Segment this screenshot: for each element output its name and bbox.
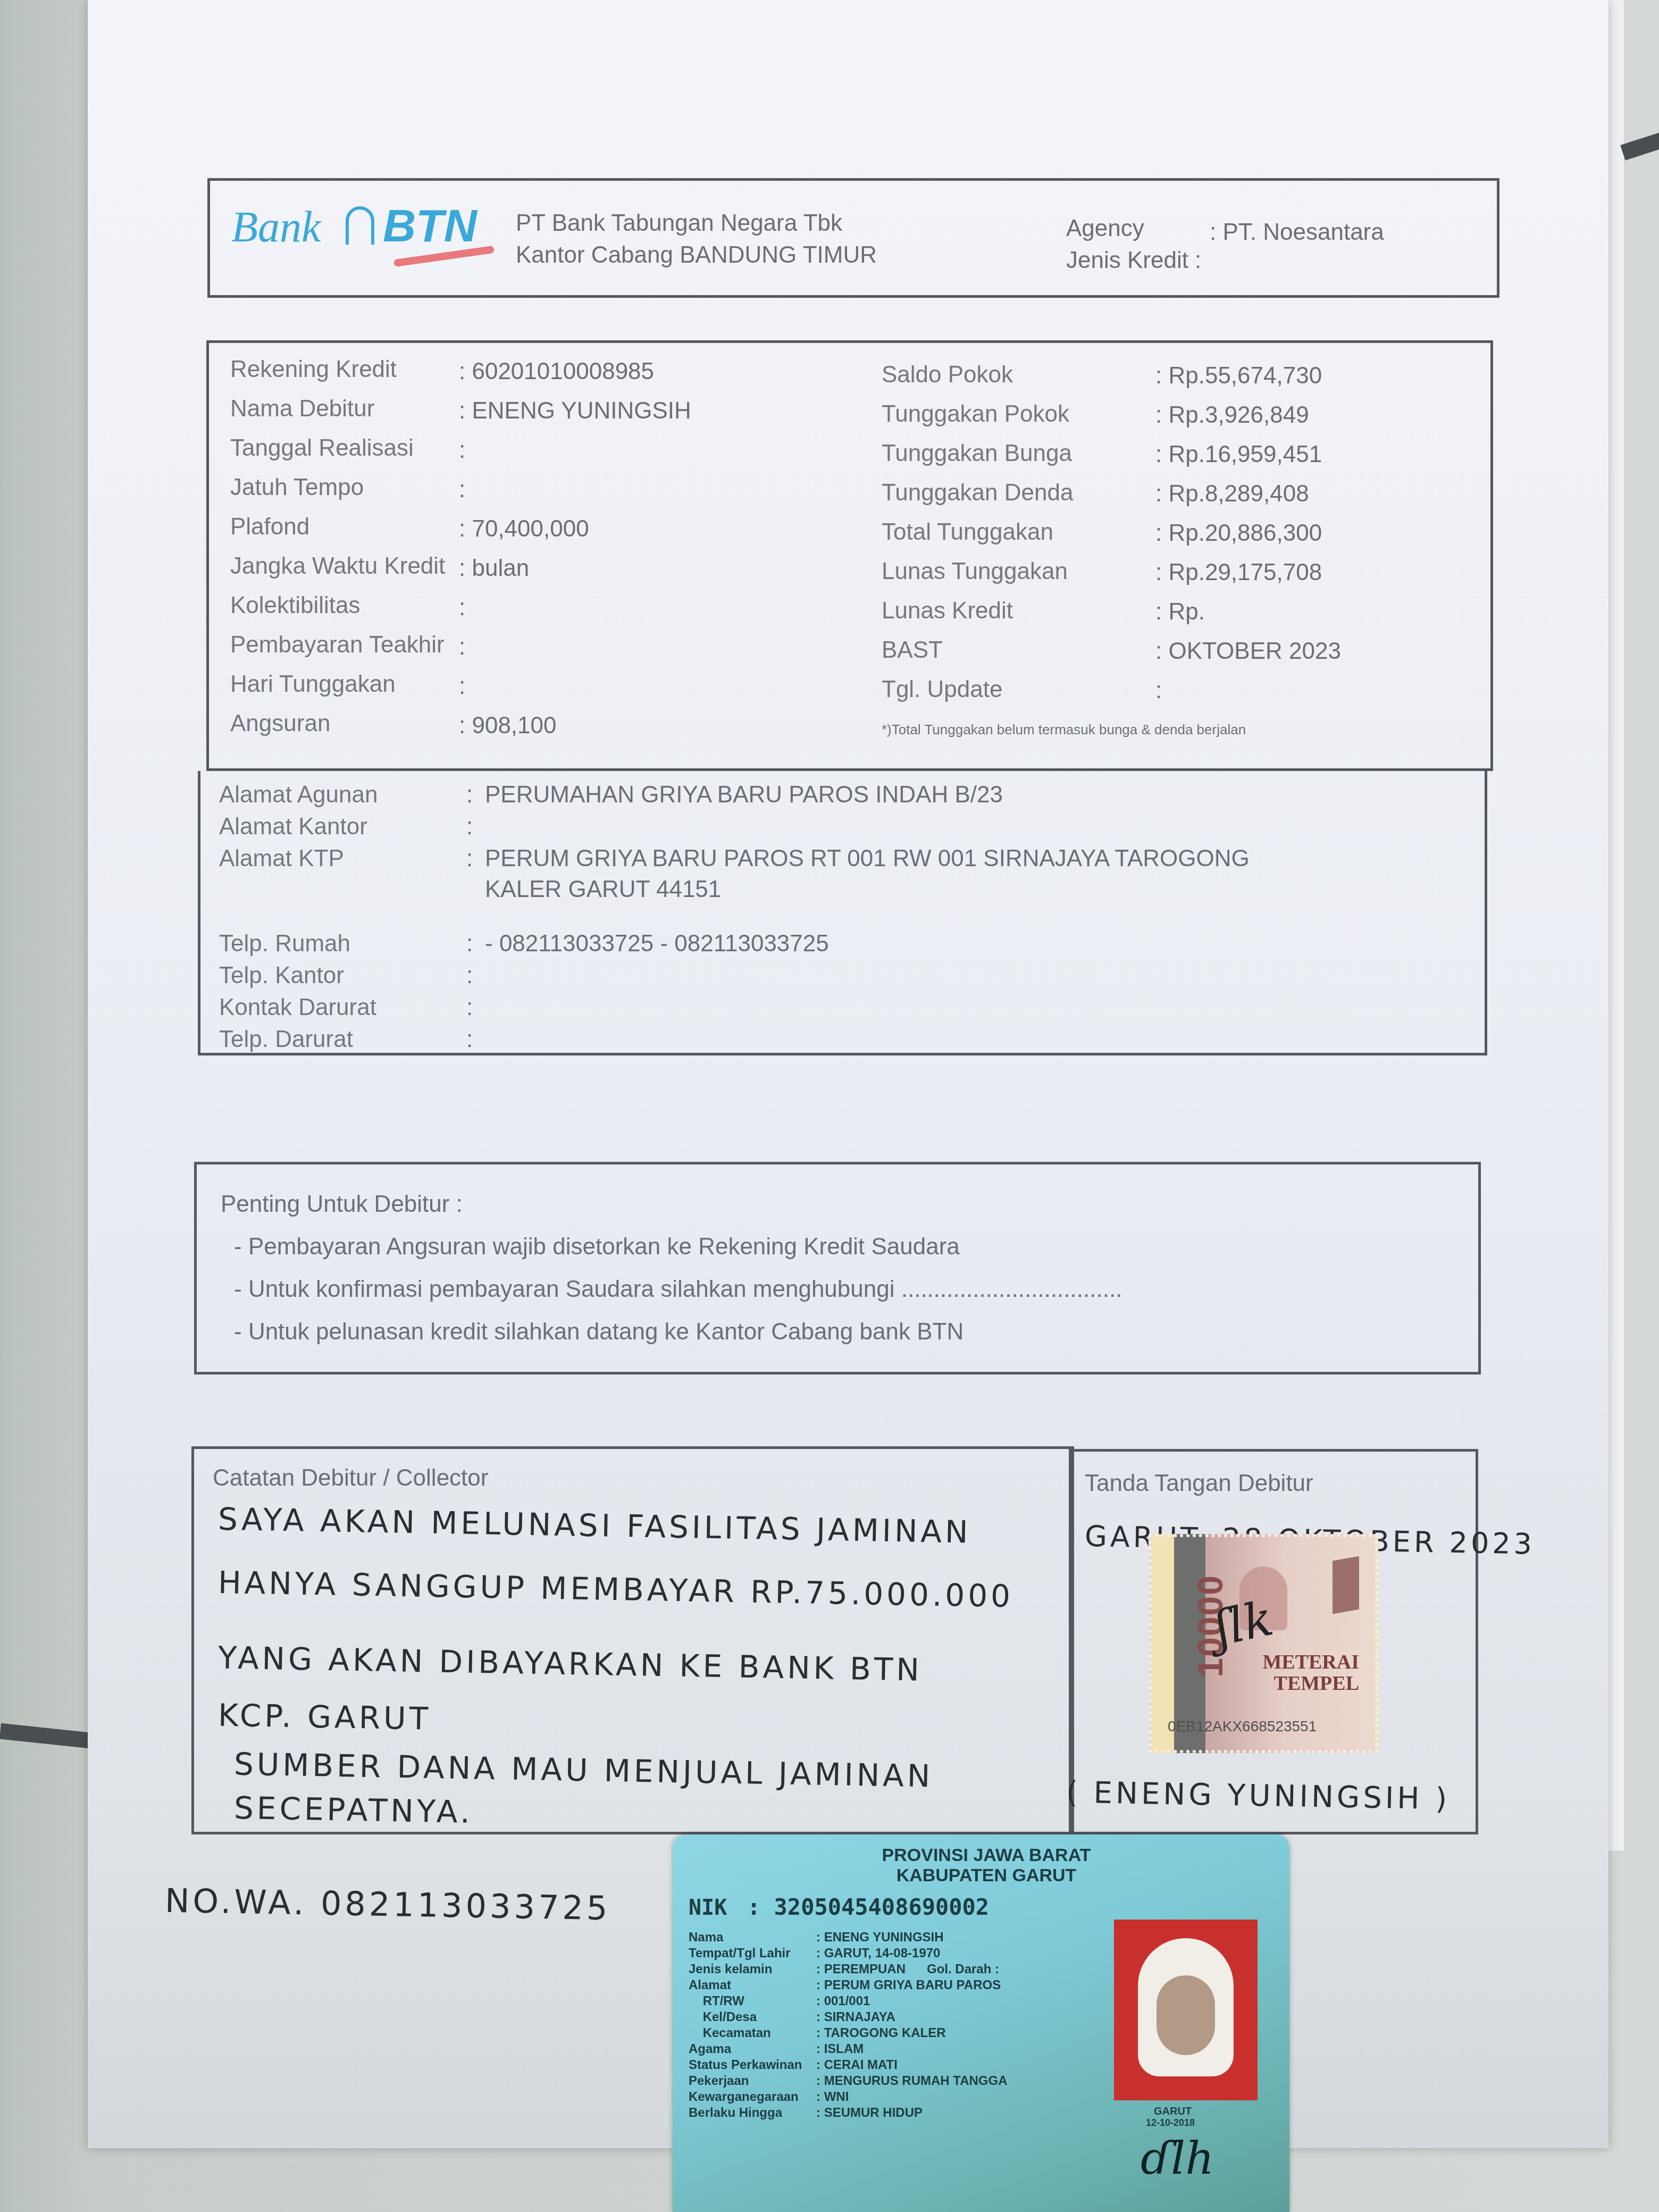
flag-icon bbox=[1333, 1556, 1359, 1614]
footnote: *)Total Tunggakan belum termasuk bunga &… bbox=[882, 722, 1246, 738]
ktp-field-label: Tempat/Tgl Lahir bbox=[689, 1946, 791, 1961]
ktp-field-label: Status Perkawinan bbox=[689, 2058, 802, 2073]
field-label: Tunggakan Bunga bbox=[882, 440, 1072, 467]
ktp-field-value: : ENENG YUNINGSIH bbox=[816, 1930, 944, 1945]
ktp-regency: KABUPATEN GARUT bbox=[875, 1865, 1098, 1886]
ktp-field-value: : CERAI MATI bbox=[816, 2058, 898, 2073]
company-name: PT Bank Tabungan Negara Tbk bbox=[516, 210, 842, 237]
field-label: Rekening Kredit bbox=[230, 356, 397, 383]
portrait bbox=[1138, 1938, 1234, 2076]
address-value: PERUM GRIYA BARU PAROS RT 001 RW 001 SIR… bbox=[485, 845, 1250, 872]
handwritten-note-line: SUMBER DANA MAU MENJUAL JAMINAN bbox=[234, 1746, 934, 1795]
ktp-issue-date: 12-10-2018 bbox=[1146, 2117, 1195, 2129]
handwritten-note-line: HANYA SANGGUP MEMBAYAR RP.75.000.000 bbox=[218, 1564, 1014, 1614]
header-box: Bank BTN PT Bank Tabungan Negara Tbk Kan… bbox=[207, 178, 1499, 298]
field-label: BAST bbox=[882, 637, 943, 664]
handwritten-note-line: YANG AKAN DIBAYARKAN KE BANK BTN bbox=[218, 1639, 923, 1688]
background-stripe bbox=[1620, 132, 1659, 160]
notice-item: - Untuk pelunasan kredit silahkan datang… bbox=[234, 1319, 963, 1345]
ktp-field-value: : GARUT, 14-08-1970 bbox=[816, 1946, 940, 1961]
ktp-field-value: : 001/001 bbox=[816, 1994, 870, 2009]
ktp-photo bbox=[1114, 1920, 1258, 2100]
field-value: : bulan bbox=[459, 555, 529, 582]
signature-mark: ʃlk bbox=[1210, 1590, 1278, 1657]
address-colon: : bbox=[466, 994, 473, 1021]
field-label: Lunas Kredit bbox=[882, 598, 1013, 624]
address-box: Alamat Agunan:PERUMAHAN GRIYA BARU PAROS… bbox=[198, 771, 1487, 1055]
ktp-nik-value: : 3205045408690002 bbox=[747, 1894, 989, 1920]
field-label: Tanggal Realisasi bbox=[230, 435, 414, 462]
address-label: Telp. Rumah bbox=[219, 931, 350, 957]
ktp-field-label: Pekerjaan bbox=[689, 2074, 749, 2089]
address-value: - 082113033725 - 082113033725 bbox=[485, 931, 829, 957]
address-colon: : bbox=[466, 845, 473, 872]
field-label: Tunggakan Pokok bbox=[882, 401, 1069, 428]
address-label: Alamat Kantor bbox=[219, 814, 367, 840]
field-label: Saldo Pokok bbox=[882, 362, 1013, 388]
btn-house-icon bbox=[346, 206, 374, 245]
ktp-province: PROVINSI JAWA BARAT bbox=[875, 1845, 1098, 1866]
agency-value: : PT. Noesantara bbox=[1210, 219, 1384, 246]
address-label: Kontak Darurat bbox=[219, 994, 376, 1021]
field-value: : 908,100 bbox=[459, 713, 557, 739]
notice-item: - Pembayaran Angsuran wajib disetorkan k… bbox=[234, 1234, 960, 1260]
notes-title: Catatan Debitur / Collector bbox=[213, 1465, 488, 1492]
ktp-field-value: : MENGURUS RUMAH TANGGA bbox=[816, 2074, 1008, 2089]
address-value-cont: KALER GARUT 44151 bbox=[485, 876, 721, 903]
field-label: Angsuran bbox=[230, 710, 330, 737]
notice-box: Penting Untuk Debitur : - Pembayaran Ang… bbox=[194, 1162, 1481, 1375]
address-label: Alamat Agunan bbox=[219, 782, 378, 808]
ktp-field-label: Jenis kelamin bbox=[689, 1962, 772, 1977]
bank-logo-brand: BTN bbox=[383, 200, 477, 253]
notice-item: - Untuk konfirmasi pembayaran Saudara si… bbox=[234, 1276, 1122, 1303]
address-label: Telp. Kantor bbox=[219, 962, 344, 989]
field-value: : ENENG YUNINGSIH bbox=[459, 398, 691, 424]
ktp-field-label: Kel/Desa bbox=[689, 2010, 757, 2025]
field-label: Total Tunggakan bbox=[882, 519, 1053, 546]
ktp-field-value: : PERUM GRIYA BARU PAROS bbox=[816, 1978, 1001, 1993]
ktp-field-value: : PEREMPUAN Gol. Darah : bbox=[816, 1962, 999, 1977]
field-label: Jangka Waktu Kredit bbox=[230, 553, 445, 580]
stamp-title: METERAI TEMPEL bbox=[1262, 1652, 1359, 1694]
field-label: Nama Debitur bbox=[230, 396, 374, 422]
address-colon: : bbox=[466, 782, 473, 808]
ktp-field-value: : TAROGONG KALER bbox=[816, 2026, 946, 2041]
handwritten-note-line: KCP. GARUT bbox=[217, 1697, 431, 1737]
field-label: Pembayaran Teakhir bbox=[230, 632, 445, 658]
field-value: : bbox=[459, 476, 465, 503]
branch-name: Kantor Cabang BANDUNG TIMUR bbox=[516, 242, 877, 269]
address-colon: : bbox=[466, 962, 473, 989]
field-label: Plafond bbox=[230, 514, 309, 540]
handwritten-debtor-name: ( ENENG YUNINGSIH ) bbox=[1066, 1775, 1450, 1817]
address-colon: : bbox=[466, 1026, 473, 1053]
field-value: : Rp.55,674,730 bbox=[1155, 363, 1322, 389]
field-value: : bbox=[459, 594, 465, 621]
field-value: : Rp.29,175,708 bbox=[1155, 559, 1322, 586]
field-value: : 70,400,000 bbox=[459, 516, 589, 542]
id-card-ktp: PROVINSI JAWA BARAT KABUPATEN GARUT NIK … bbox=[673, 1834, 1289, 2212]
address-colon: : bbox=[466, 931, 473, 957]
stamp-serial: 0EB12AKX668523551 bbox=[1168, 1718, 1317, 1735]
field-value: : Rp.16,959,451 bbox=[1155, 441, 1322, 468]
ktp-field-label: Berlaku Hingga bbox=[689, 2106, 782, 2121]
ktp-issue-place: GARUT bbox=[1154, 2106, 1192, 2118]
field-label: Kolektibilitas bbox=[230, 592, 361, 619]
notice-title: Penting Untuk Debitur : bbox=[221, 1191, 463, 1218]
field-label: Hari Tunggakan bbox=[230, 671, 396, 698]
signature-title: Tanda Tangan Debitur bbox=[1085, 1470, 1313, 1497]
handwritten-note-line: SAYA AKAN MELUNASI FASILITAS JAMINAN bbox=[218, 1501, 972, 1551]
field-label: Tgl. Update bbox=[882, 676, 1002, 703]
address-label: Telp. Darurat bbox=[219, 1026, 353, 1053]
field-value: : Rp.3,926,849 bbox=[1155, 402, 1309, 429]
field-value: : bbox=[459, 673, 465, 700]
background-stripe bbox=[0, 1723, 96, 1749]
field-label: Jatuh Tempo bbox=[230, 474, 364, 501]
address-colon: : bbox=[466, 814, 473, 840]
ktp-field-label: Kecamatan bbox=[689, 2026, 771, 2041]
bank-logo-text: Bank bbox=[231, 202, 321, 252]
stamp-title-1: METERAI bbox=[1262, 1652, 1359, 1673]
meterai-stamp: 10000 ʃlk METERAI TEMPEL 0EB12AKX6685235… bbox=[1149, 1534, 1378, 1753]
field-value: : Rp. bbox=[1155, 599, 1205, 625]
field-label: Lunas Tunggakan bbox=[882, 558, 1068, 585]
ktp-signature: ɗlh bbox=[1141, 2132, 1214, 2184]
stamp-title-2: TEMPEL bbox=[1262, 1673, 1359, 1694]
ktp-nik-label: NIK bbox=[689, 1896, 727, 1920]
field-value: : bbox=[459, 437, 465, 464]
ktp-field-value: : SIRNAJAYA bbox=[816, 2010, 895, 2025]
ktp-field-value: : SEUMUR HIDUP bbox=[816, 2106, 923, 2121]
field-value: : Rp.8,289,408 bbox=[1155, 481, 1309, 507]
field-value: : 60201010008985 bbox=[459, 358, 654, 385]
ktp-field-value: : ISLAM bbox=[816, 2042, 864, 2057]
loan-info-box: Rekening Kredit: 60201010008985Nama Debi… bbox=[206, 340, 1493, 771]
field-value: : bbox=[459, 634, 465, 660]
field-value: : bbox=[1155, 677, 1162, 704]
address-label: Alamat KTP bbox=[219, 845, 344, 872]
collector-notes-box: Catatan Debitur / Collector SAYA AKAN ME… bbox=[191, 1446, 1074, 1834]
field-label: Tunggakan Denda bbox=[882, 480, 1073, 506]
ktp-field-label: Alamat bbox=[689, 1978, 731, 1993]
ktp-field-label: RT/RW bbox=[689, 1994, 744, 2009]
ktp-field-label: Kewarganegaraan bbox=[689, 2090, 799, 2105]
agency-label: Agency bbox=[1066, 215, 1144, 242]
ktp-field-label: Nama bbox=[689, 1930, 723, 1945]
ktp-field-label: Agama bbox=[689, 2042, 731, 2057]
jenis-kredit-label: Jenis Kredit : bbox=[1066, 247, 1201, 274]
field-value: : Rp.20,886,300 bbox=[1155, 520, 1322, 547]
ktp-field-value: : WNI bbox=[816, 2090, 849, 2105]
field-value: : OKTOBER 2023 bbox=[1155, 638, 1341, 665]
handwritten-whatsapp-number: NO.WA. 082113033725 bbox=[164, 1881, 611, 1928]
address-value: PERUMAHAN GRIYA BARU PAROS INDAH B/23 bbox=[485, 782, 1003, 808]
handwritten-note-line: SECEPATNYA. bbox=[233, 1790, 473, 1830]
